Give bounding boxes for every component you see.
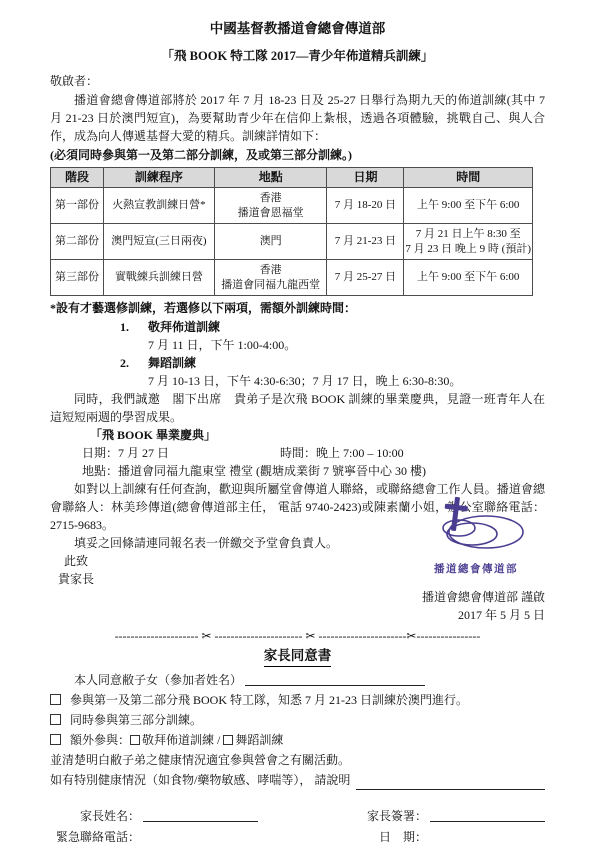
cell-location: 澳門	[214, 224, 327, 260]
electives-note: *設有才藝選修訓練，若選修以下兩項，需額外訓練時間：	[50, 299, 545, 317]
date-field: 日 期：	[363, 827, 545, 842]
elective-item-2: 2.舞蹈訓練	[120, 354, 545, 372]
cell-stage: 第三部份	[51, 260, 104, 296]
cell-date: 7 月 21-23 日	[327, 224, 404, 260]
signoff: 播道會總會傳道部 謹啟	[50, 588, 545, 606]
extra-option-2: 舞蹈訓練	[235, 733, 283, 747]
cell-time: 7 月 21 日上午 8:30 至 7 月 23 日 晚上 9 時 (預計)	[404, 224, 533, 260]
schedule-table: 階段 訓練程序 地點 日期 時間 第一部份 火熱宣教訓練日營* 香港 播道會恩福…	[50, 167, 533, 296]
checkbox-icon	[130, 735, 140, 745]
parent-name-label: 家長姓名：	[50, 806, 140, 827]
cell-program: 澳門短宣(三日兩夜)	[103, 224, 214, 260]
fields-row: 家長姓名： 家長簽署：	[50, 806, 545, 827]
emergency-phone-label: 緊急聯絡電話：	[50, 827, 140, 842]
cell-program: 實戰練兵訓練日營	[103, 260, 214, 296]
cell-program: 火熱宣教訓練日營*	[103, 188, 214, 224]
ceremony-time: 時間：晚上 7:00 – 10:00	[280, 446, 404, 460]
extra-separator: /	[217, 733, 220, 747]
cell-date: 7 月 18-20 日	[327, 188, 404, 224]
fields-row: 緊急聯絡電話： 日 期：	[50, 827, 545, 842]
requirement-note: (必須同時參與第一及第二部分訓練，及或第三部分訓練。)	[50, 146, 545, 164]
ceremony-date: 日期：7 月 27 日	[82, 444, 280, 462]
cell-date: 7 月 25-27 日	[327, 260, 404, 296]
ceremony-invite: 同時，我們誠邀 閣下出席 貴弟子是次飛 BOOK 訓練的畢業慶典，見證一班青年人…	[50, 390, 545, 426]
consent-option-label: 參與第一及第二部分飛 BOOK 特工隊，知悉 7 月 21-23 日訓練於澳門進…	[70, 693, 468, 707]
org-title: 中國基督教播道會總會傳道部	[50, 20, 545, 38]
parent-sign-blank	[430, 809, 545, 822]
table-row: 第一部份 火熱宣教訓練日營* 香港 播道會恩福堂 7 月 18-20 日 上午 …	[51, 188, 533, 224]
health-detail-label: 如有特別健康情況（如食物/藥物敏感、哮喘等）， 請說明	[50, 770, 350, 790]
cell-time: 上午 9:00 至下午 6:00	[404, 188, 533, 224]
consent-option-extra: 額外參與：敬拜佈道訓練 / 舞蹈訓練	[50, 730, 545, 750]
event-title: 「飛 BOOK 特工隊 2017—青少年佈道精兵訓練」	[50, 47, 545, 65]
elective-title: 舞蹈訓練	[148, 356, 196, 370]
parent-sign-field: 家長簽署：	[363, 806, 545, 827]
cell-location: 香港 播道會恩福堂	[214, 188, 327, 224]
ceremony-date-time: 日期：7 月 27 日時間：晚上 7:00 – 10:00	[82, 444, 545, 462]
consent-option-2: 同時參與第三部分訓練。	[50, 710, 545, 730]
header-program: 訓練程序	[103, 168, 214, 188]
ceremony-venue: 地點：播道會同福九龍東堂 禮堂 (觀塘成業街 7 號寧晉中心 30 樓)	[82, 462, 545, 480]
closing-section: 如對以上訓練有任何查詢，歡迎與所屬堂會傳道人聯絡，或聯絡總會工作人員。播道會總會…	[50, 480, 545, 624]
logo-caption: 播道總會傳道部	[423, 564, 529, 576]
parent-name-blank	[143, 809, 258, 822]
cross-ellipses-logo-icon	[426, 496, 526, 558]
header-time: 時間	[404, 168, 533, 188]
table-row: 第二部份 澳門短宣(三日兩夜) 澳門 7 月 21-23 日 7 月 21 日上…	[51, 224, 533, 260]
header-location: 地點	[214, 168, 327, 188]
consent-form-title: 家長同意書	[264, 647, 332, 667]
participant-name-label: 本人同意敝子女（參加者姓名）	[74, 673, 242, 687]
consent-option-1: 參與第一及第二部分飛 BOOK 特工隊，知悉 7 月 21-23 日訓練於澳門進…	[50, 690, 545, 710]
participant-name-blank	[245, 673, 425, 686]
date-label: 日 期：	[363, 827, 427, 842]
elective-time-1: 7 月 11 日，下午 1:00-4:00。	[148, 336, 545, 354]
elective-title: 敬拜佈道訓練	[148, 320, 220, 334]
cell-stage: 第一部份	[51, 188, 104, 224]
cell-stage: 第二部份	[51, 224, 104, 260]
participant-name-line: 本人同意敝子女（參加者姓名）	[50, 670, 545, 690]
elective-number: 2.	[120, 354, 148, 372]
health-note: 並清楚明白敝子弟之健康情況適宜參與營會之有關活動。	[50, 750, 545, 770]
intro-paragraph: 播道會總會傳道部將於 2017 年 7 月 18-23 日及 25-27 日舉行…	[50, 91, 545, 145]
cell-time: 上午 9:00 至下午 6:00	[404, 260, 533, 296]
table-row: 第三部份 實戰練兵訓練日營 香港 播道會同福九龍西堂 7 月 25-27 日 上…	[51, 260, 533, 296]
extra-option-1: 敬拜佈道訓練	[142, 733, 214, 747]
consent-option-label: 同時參與第三部分訓練。	[70, 713, 202, 727]
ceremony-title: 「飛 BOOK 畢業慶典」	[90, 426, 545, 444]
letter-page: 中國基督教播道會總會傳道部 「飛 BOOK 特工隊 2017—青少年佈道精兵訓練…	[0, 0, 595, 842]
parent-sign-label: 家長簽署：	[363, 806, 427, 827]
cell-location: 香港 播道會同福九龍西堂	[214, 260, 327, 296]
health-detail-blank	[356, 777, 545, 790]
emergency-phone-blank	[143, 830, 258, 842]
header-stage: 階段	[51, 168, 104, 188]
table-header-row: 階段 訓練程序 地點 日期 時間	[51, 168, 533, 188]
signature-fields: 家長姓名： 家長簽署： 緊急聯絡電話： 日 期：	[50, 806, 545, 842]
header-date: 日期	[327, 168, 404, 188]
cut-line-scissors: --------------------- ✂ ----------------…	[50, 627, 545, 645]
checkbox-icon	[50, 734, 61, 745]
date-blank	[430, 830, 545, 842]
extra-label: 額外參與：	[70, 733, 130, 747]
elective-number: 1.	[120, 318, 148, 336]
emergency-phone-field: 緊急聯絡電話：	[50, 827, 258, 842]
checkbox-icon	[50, 714, 61, 725]
elective-time-2: 7 月 10-13 日，下午 4:30-6:30；7 月 17 日，晚上 6:3…	[148, 372, 545, 390]
org-logo: 播道總會傳道部	[423, 496, 529, 576]
health-detail-line: 如有特別健康情況（如食物/藥物敏感、哮喘等）， 請說明	[50, 770, 545, 790]
checkbox-icon	[50, 694, 61, 705]
signoff-date: 2017 年 5 月 5 日	[50, 606, 545, 624]
checkbox-icon	[223, 735, 233, 745]
salutation: 敬啟者：	[50, 72, 545, 90]
parent-name-field: 家長姓名：	[50, 806, 258, 827]
elective-item-1: 1.敬拜佈道訓練	[120, 318, 545, 336]
